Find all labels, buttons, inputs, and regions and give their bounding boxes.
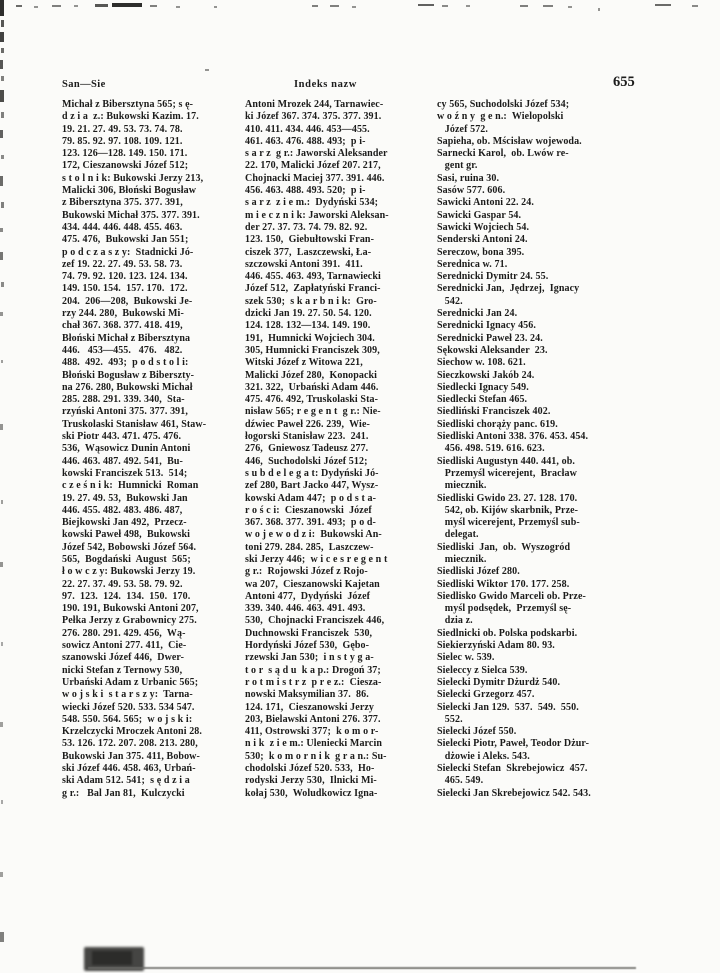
- running-header: San—Sie Indeks nazw 655: [0, 76, 720, 92]
- page-number: 655: [613, 74, 635, 91]
- scan-smudge-core: [92, 951, 132, 965]
- index-column-3: cy 565, Suchodolski Józef 534; w o ź n y…: [437, 99, 669, 815]
- header-section-range: San—Sie: [62, 79, 106, 90]
- scan-line-faint: [300, 968, 560, 969]
- index-column-1: Michał z Bibersztyna 565; s ę- d z i a z…: [62, 99, 244, 815]
- index-column-2: Antoni Mrozek 244, Tarnawiec- ki Józef 3…: [245, 99, 435, 815]
- header-title: Indeks nazw: [294, 79, 357, 90]
- scanned-book-page: San—Sie Indeks nazw 655 Michał z Bibersz…: [0, 0, 720, 973]
